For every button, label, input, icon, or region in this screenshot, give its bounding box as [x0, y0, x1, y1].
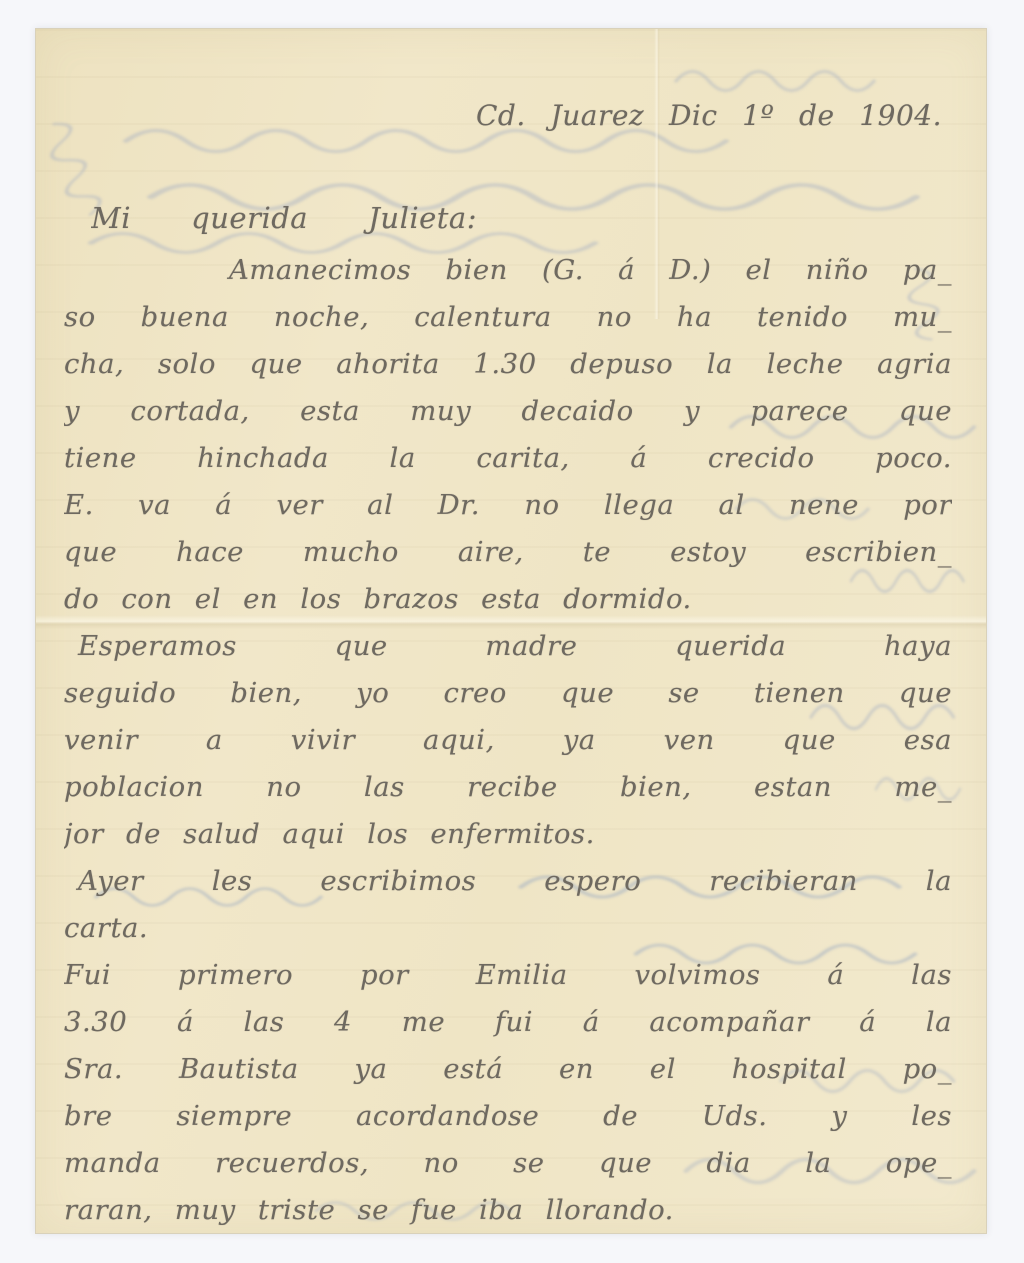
letter-line: bre siempre acordandose de Uds. y les: [64, 1096, 952, 1143]
letter-line: Sra. Bautista ya está en el hospital po_: [64, 1049, 952, 1096]
letter-line: venir a vivir aqui, ya ven que esa: [64, 720, 952, 767]
letter-line: Esperamos que madre querida haya: [64, 626, 952, 673]
letter-salutation: Mi querida Julieta:: [91, 201, 477, 253]
letter-line: 3.30 á las 4 me fui á acompañar á la: [64, 1002, 952, 1049]
letter-line: raran, muy triste se fue iba llorando.: [64, 1190, 952, 1237]
letter-line: tiene hinchada la carita, á crecido poco…: [64, 438, 952, 485]
letter-line: poblacion no las recibe bien, estan me_: [64, 767, 952, 814]
letter-line: Ayer les escribimos espero recibieran la: [64, 861, 952, 908]
letter-page: Cd. Juarez Dic 1º de 1904. Mi querida Ju…: [35, 28, 987, 1234]
letter-body: Amanecimos bien (G. á D.) el niño pa_ so…: [64, 250, 952, 1237]
letter-line: que hace mucho aire, te estoy escribien_: [64, 532, 952, 579]
letter-line: so buena noche, calentura no ha tenido m…: [64, 297, 952, 344]
letter-dateline: Cd. Juarez Dic 1º de 1904.: [476, 99, 942, 151]
letter-line: y cortada, esta muy decaido y parece que: [64, 391, 952, 438]
letter-line: do con el en los brazos esta dormido.: [64, 579, 952, 626]
letter-line: manda recuerdos, no se que dia la ope_: [64, 1143, 952, 1190]
letter-line: E. va á ver al Dr. no llega al nene por: [64, 485, 952, 532]
scanned-letter-background: Cd. Juarez Dic 1º de 1904. Mi querida Ju…: [0, 0, 1024, 1263]
letter-line: Fui primero por Emilia volvimos á las: [64, 955, 952, 1002]
letter-line: Amanecimos bien (G. á D.) el niño pa_: [64, 250, 952, 297]
letter-line: carta.: [64, 908, 952, 955]
letter-line: jor de salud aqui los enfermitos.: [64, 814, 952, 861]
letter-line: cha, solo que ahorita 1.30 depuso la lec…: [64, 344, 952, 391]
letter-line: seguido bien, yo creo que se tienen que: [64, 673, 952, 720]
